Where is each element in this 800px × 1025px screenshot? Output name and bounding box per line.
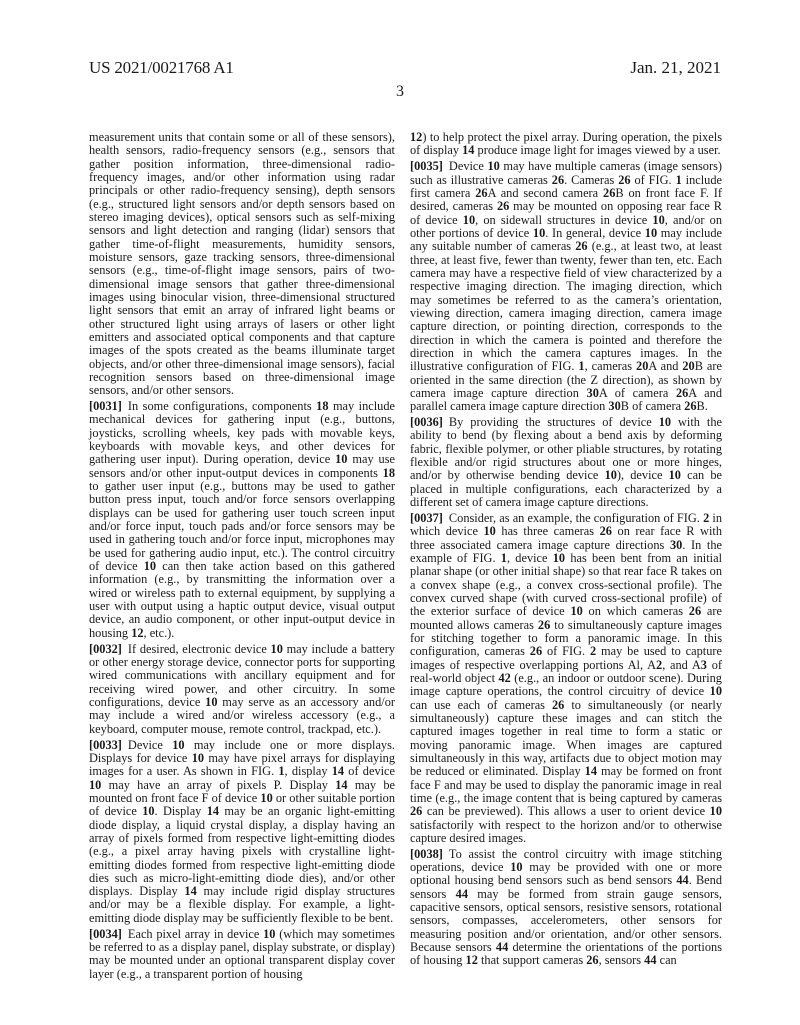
paragraph: [0038]To assist the control circuitry wi…: [410, 848, 722, 968]
paragraph-number: [0032]: [89, 642, 122, 656]
paragraph-text: By providing the structures of device 10…: [410, 415, 722, 509]
paragraph-text: measurement units that contain some or a…: [89, 130, 395, 397]
paragraph-number: [0033]: [89, 738, 122, 752]
publication-number: US 2021/0021768 A1: [89, 58, 234, 78]
paragraph-number: [0031]: [89, 399, 122, 413]
paragraph: [0034]Each pixel array in device 10 (whi…: [89, 928, 395, 981]
left-column: measurement units that contain some or a…: [89, 131, 395, 984]
paragraph-text: Consider, as an example, the configurati…: [410, 511, 722, 845]
publication-date: Jan. 21, 2021: [630, 58, 721, 78]
paragraph-number: [0037]: [410, 511, 443, 525]
paragraph: [0037]Consider, as an example, the confi…: [410, 512, 722, 845]
paragraph-text: Each pixel array in device 10 (which may…: [89, 927, 395, 981]
paragraph: [0033]Device 10 may include one or more …: [89, 739, 395, 926]
paragraph-number: [0038]: [410, 847, 443, 861]
paragraph-text: 12) to help protect the pixel array. Dur…: [410, 130, 722, 157]
paragraph: [0032]If desired, electronic device 10 m…: [89, 643, 395, 736]
paragraph-text: If desired, electronic device 10 may inc…: [89, 642, 395, 736]
page-number: 3: [0, 83, 800, 101]
paragraph-text: Device 10 may have multiple cameras (ima…: [410, 159, 722, 413]
paragraph-text: Device 10 may include one or more displa…: [89, 738, 395, 925]
paragraph: [0036]By providing the structures of dev…: [410, 416, 722, 509]
paragraph: [0035]Device 10 may have multiple camera…: [410, 160, 722, 413]
paragraph-number: [0035]: [410, 159, 443, 173]
paragraph: [0031]In some configurations, components…: [89, 400, 395, 640]
paragraph-text: To assist the control circuitry with ima…: [410, 847, 722, 968]
paragraph-number: [0036]: [410, 415, 443, 429]
paragraph: 12) to help protect the pixel array. Dur…: [410, 131, 722, 158]
right-column: 12) to help protect the pixel array. Dur…: [410, 131, 722, 970]
paragraph-number: [0034]: [89, 927, 122, 941]
paragraph-text: In some configurations, components 18 ma…: [89, 399, 395, 640]
paragraph: measurement units that contain some or a…: [89, 131, 395, 398]
